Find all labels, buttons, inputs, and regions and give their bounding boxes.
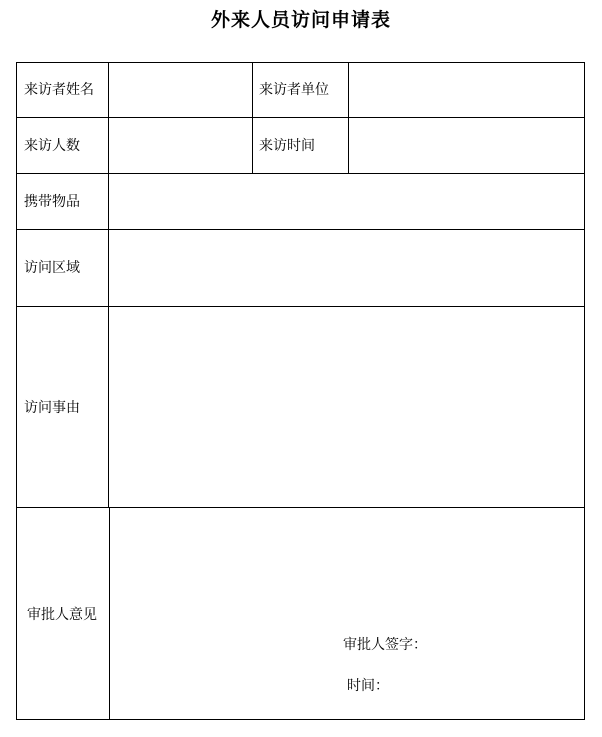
- approver-opinion-field[interactable]: [111, 509, 583, 629]
- approver-opinion-label: 审批人意见: [27, 606, 97, 624]
- visitor-count-label: 来访人数: [24, 137, 80, 155]
- visitor-count-field[interactable]: [110, 119, 251, 172]
- visitor-name-field[interactable]: [110, 64, 251, 116]
- visit-area-field[interactable]: [110, 231, 583, 305]
- page-title: 外来人员访问申请表: [0, 8, 602, 32]
- visit-time-field[interactable]: [350, 119, 583, 172]
- row-divider: [17, 173, 584, 174]
- visitor-application-form: 来访者姓名 来访者单位 来访人数 来访时间 携带物品 访问区域 访问事由 审批人…: [16, 62, 585, 720]
- approval-date-label: 时间：: [347, 677, 389, 695]
- column-divider: [252, 63, 253, 174]
- row-divider: [17, 306, 584, 307]
- approver-signature-label: 审批人签字：: [343, 636, 427, 654]
- visit-area-label: 访问区域: [24, 259, 80, 277]
- row-divider: [17, 507, 584, 508]
- carried-items-label: 携带物品: [24, 193, 80, 211]
- row-divider: [17, 117, 584, 118]
- column-divider: [108, 63, 109, 508]
- visitor-name-label: 来访者姓名: [24, 81, 94, 99]
- visitor-company-field[interactable]: [350, 64, 583, 116]
- visit-reason-label: 访问事由: [24, 399, 80, 417]
- visitor-company-label: 来访者单位: [259, 81, 329, 99]
- visit-time-label: 来访时间: [259, 137, 315, 155]
- carried-items-field[interactable]: [110, 175, 583, 228]
- column-divider: [348, 63, 349, 174]
- row-divider: [17, 229, 584, 230]
- column-divider: [109, 507, 110, 720]
- visit-reason-field[interactable]: [110, 308, 583, 506]
